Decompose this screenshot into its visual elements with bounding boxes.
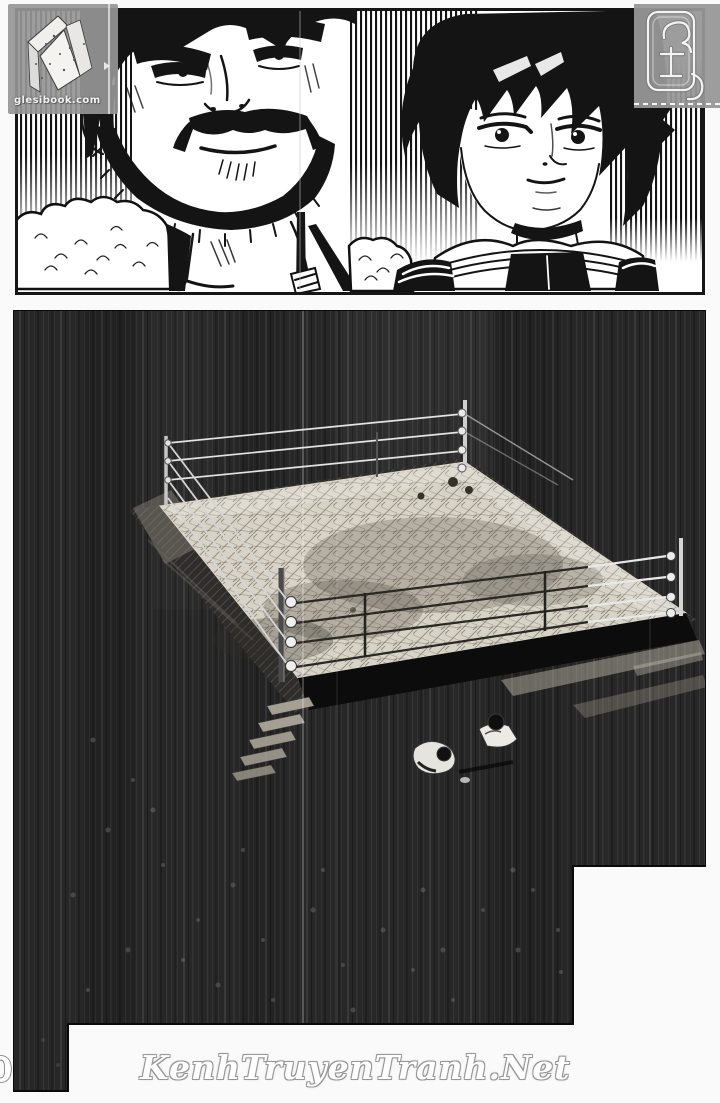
top-panel-portraits — [15, 8, 705, 295]
watermark-caption: glesibook.com — [14, 95, 114, 106]
seal-stamp-icon — [634, 4, 720, 108]
manga-page: glesibook.com 0 KenhTruyenTranh.Net — [0, 0, 720, 1103]
page-number-digit: 0 — [0, 1050, 13, 1091]
bottom-panel-boxing-ring — [13, 310, 706, 1093]
footer-site-signature: KenhTruyenTranh.Net — [140, 1048, 570, 1087]
page-number: 0 — [0, 1046, 22, 1094]
